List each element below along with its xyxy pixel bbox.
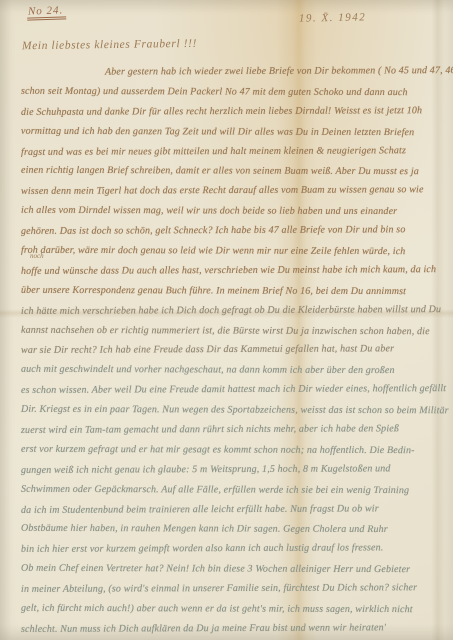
handwritten-line: froh darüber, wäre mir doch genau so lei… <box>21 241 447 262</box>
handwritten-line: in meiner Abteilung, (so wird's einmal i… <box>21 578 447 600</box>
letter-date: 19. X̄. 1942 <box>299 11 366 24</box>
handwritten-line: gelt, ich fürcht mich auch!) aber auch w… <box>21 599 447 620</box>
handwritten-line: Schwimmen oder Gepäckmarsch. Auf alle Fä… <box>21 479 447 500</box>
handwritten-line: über unsere Korrespondenz genau Buch füh… <box>21 281 447 302</box>
handwritten-line: erst vor kurzem gefragt und er hat mir g… <box>21 440 447 461</box>
handwritten-line: Dir. Kriegst es in ein paar Tagen. Nun w… <box>21 400 447 421</box>
letter-body: Aber gestern hab ich wieder zwei liebe B… <box>21 62 447 639</box>
handwritten-line: ich hätte mich verschrieben habe ich Dic… <box>21 300 447 322</box>
handwritten-line: war sie Dir recht? Ich hab eine Freude d… <box>21 340 447 362</box>
handwritten-line: bin ich hier erst vor kurzem geimpft wor… <box>21 538 447 560</box>
salutation: Mein liebstes kleines Frauberl !!! <box>22 38 197 52</box>
handwritten-line: gungen weiß ich nicht genau ich glaube: … <box>21 459 447 481</box>
handwritten-line: ich alles vom Dirndel wissen mag, weil w… <box>21 201 447 222</box>
handwritten-line: auch mit geschwindelt und vorher nachges… <box>21 360 447 381</box>
handwritten-line: es schon wissen. Aber weil Du eine Freud… <box>21 379 447 401</box>
handwritten-line: die Schuhpasta und danke Dir für alles r… <box>21 101 447 123</box>
handwritten-line: wissen denn mein Tigerl hat doch das ers… <box>21 180 447 202</box>
handwritten-line: da ich im Studentenbund beim trainieren … <box>21 499 447 521</box>
handwritten-line: gehören. Das ist doch so schön, gelt Sch… <box>21 220 447 242</box>
insertion-note: noch <box>30 252 44 260</box>
handwritten-line: zuerst wird ein Tam-tam gemacht und dann… <box>21 419 447 441</box>
letter-number: No 24. <box>27 4 67 20</box>
letter-scan: No 24. 19. X̄. 1942 Mein liebstes kleine… <box>0 0 453 640</box>
handwritten-line: hoffe und wünsche dass Du auch alles has… <box>21 260 447 282</box>
handwritten-line: Ob mein Chef einen Vertreter hat? Nein! … <box>21 559 447 580</box>
handwritten-line: vormittag und ich hab den ganzen Tag Zei… <box>21 121 447 142</box>
handwritten-line: schlecht. Nun muss ich Dich aufklären da… <box>21 618 447 640</box>
handwritten-line: fragst und was es bei mir neues gibt mit… <box>21 141 447 163</box>
handwritten-line: schon seit Montag) und ausserdem Dein Pa… <box>21 82 447 103</box>
handwritten-line: Aber gestern hab ich wieder zwei liebe B… <box>21 61 447 83</box>
